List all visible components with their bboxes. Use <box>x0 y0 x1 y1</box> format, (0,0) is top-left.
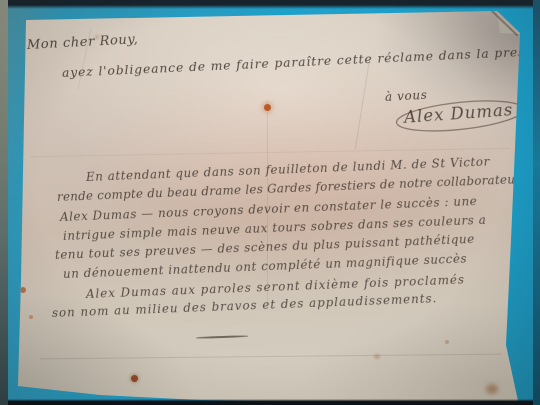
photographed-letter-scene: Mon cher Rouy, ayez l'obligeance de me f… <box>0 0 540 405</box>
foxing-spot <box>374 354 380 359</box>
salutation-line: Mon cher Rouy, <box>27 32 139 53</box>
foxing-spot <box>445 340 449 344</box>
request-line: ayez l'obligeance de me faire paraître c… <box>62 44 540 80</box>
crease <box>40 354 502 360</box>
letter-paper: Mon cher Rouy, ayez l'obligeance de me f… <box>0 0 540 405</box>
foxing-spot <box>486 384 498 394</box>
foxing-spot <box>264 104 271 111</box>
pen-underline-stroke <box>196 335 248 338</box>
signature: Alex Dumas <box>403 100 513 127</box>
crease <box>355 58 370 149</box>
foxing-spot <box>29 315 33 319</box>
foxing-spot <box>20 287 26 293</box>
foxing-spot <box>131 375 138 382</box>
